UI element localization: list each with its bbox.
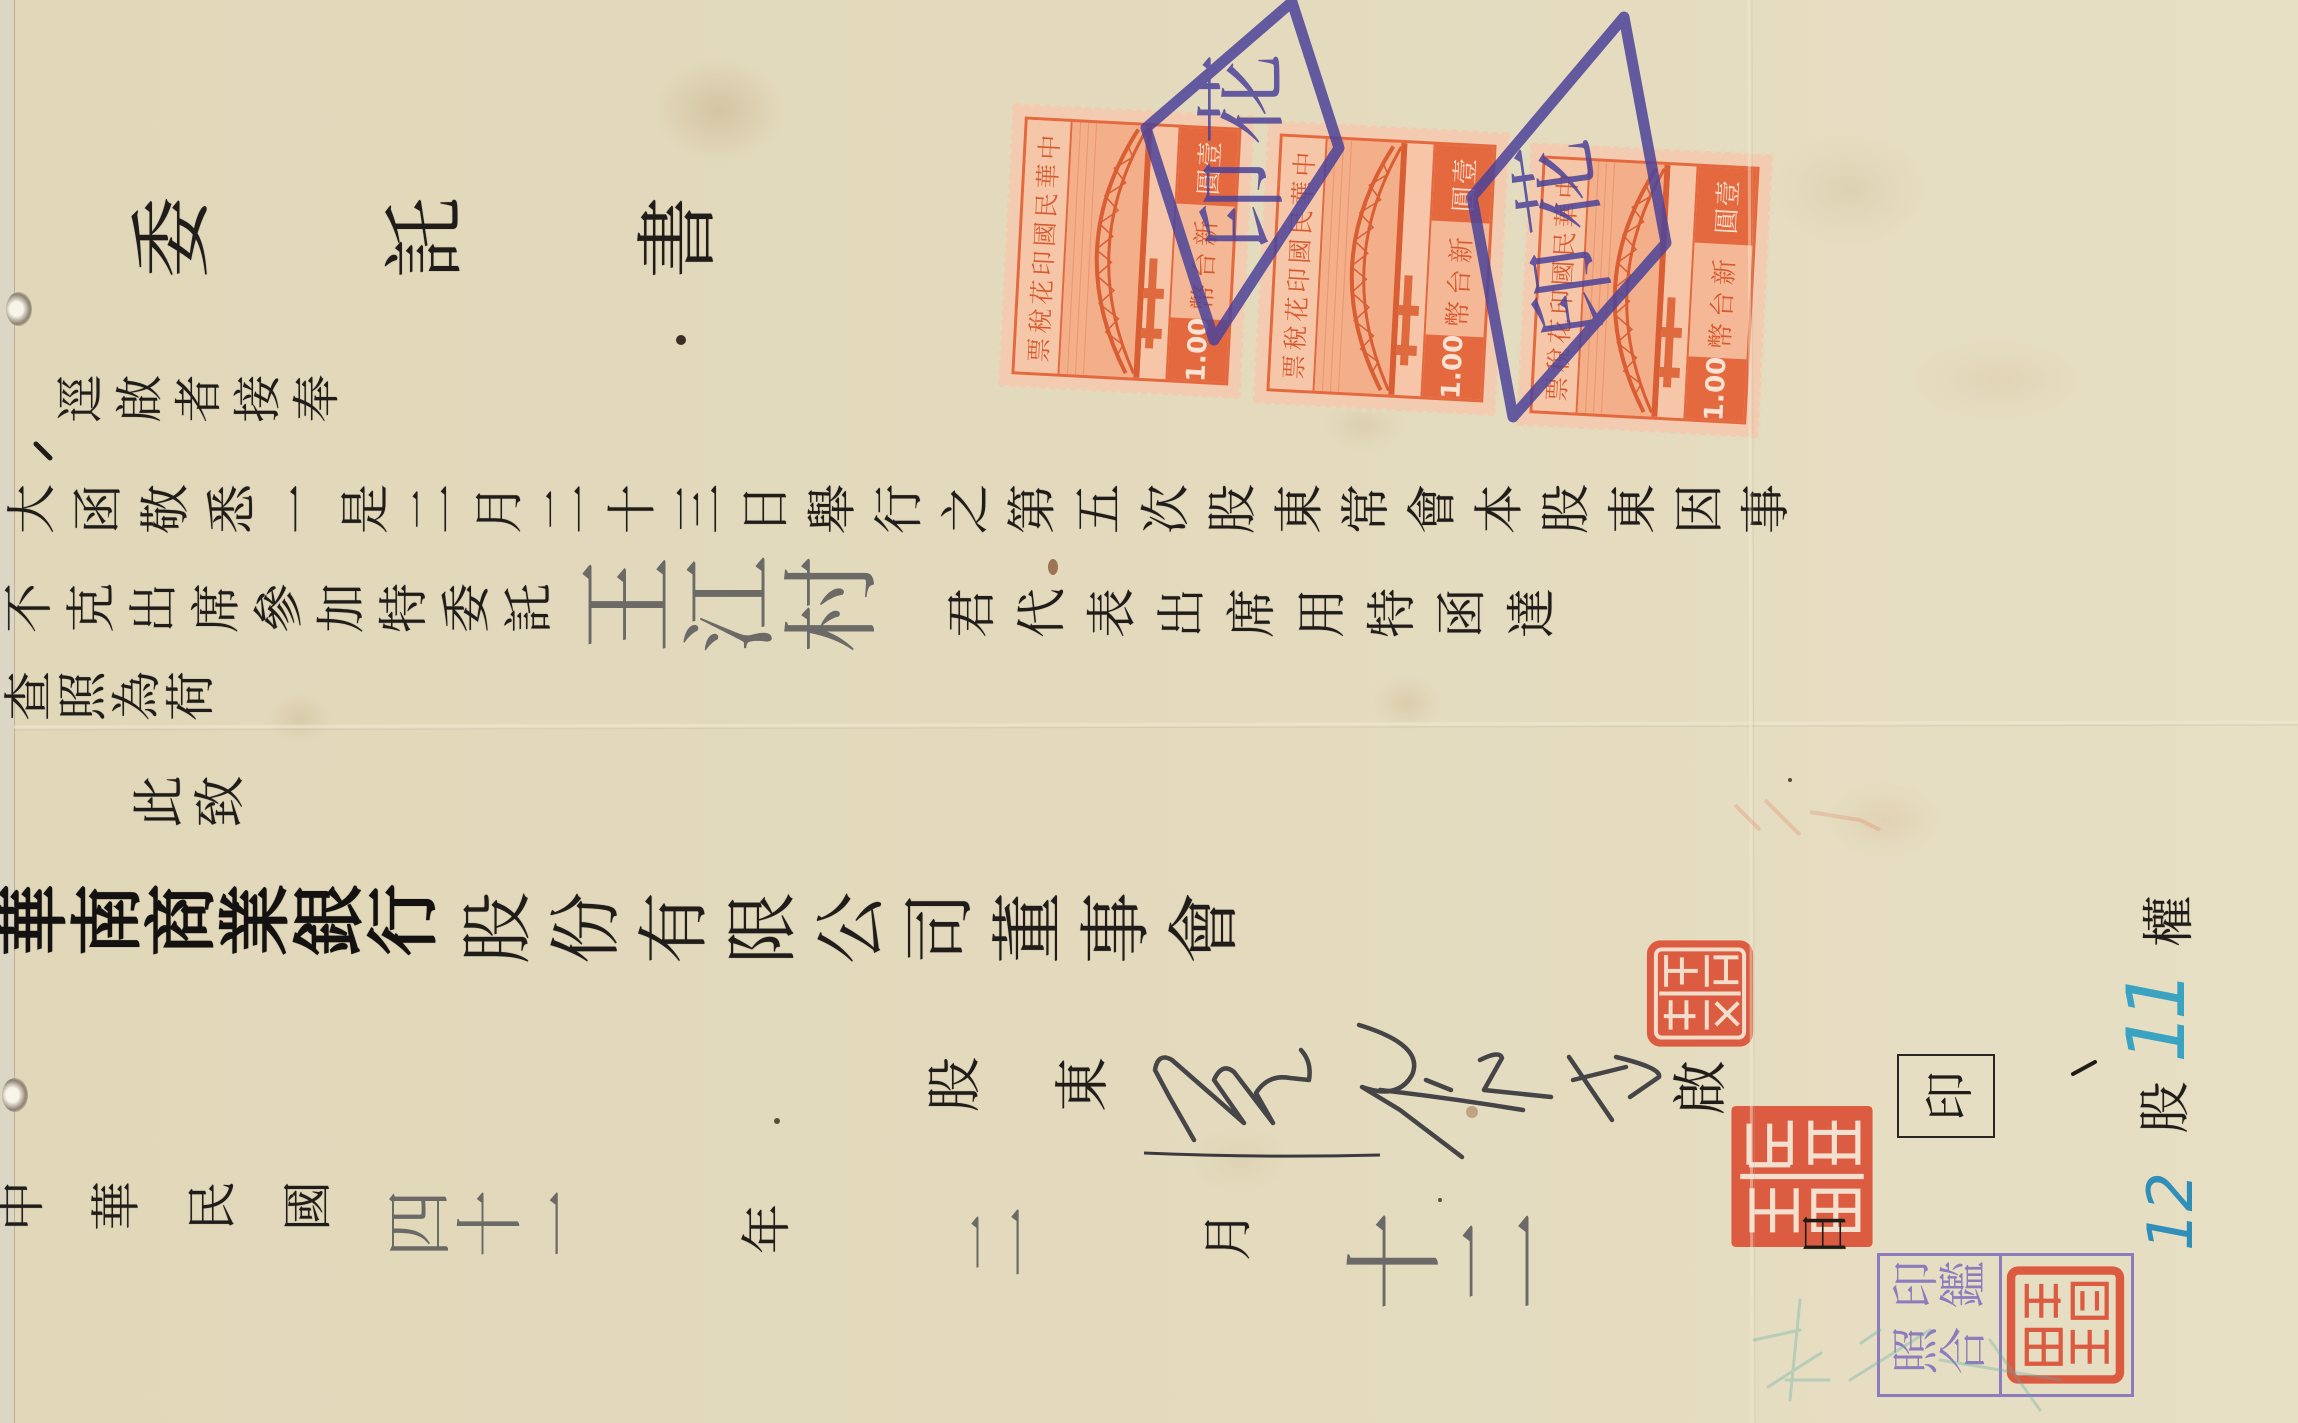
signatory-label: 股東 xyxy=(925,1062,1181,1117)
body-line-3: 查照為荷 xyxy=(2,675,218,725)
document-page: 委託書 逕啟者接奉 大函敬悉一是二月二十三日舉行之第五次股東常會本股東因事 不克… xyxy=(0,0,2298,1423)
rights-unit-label: 權 xyxy=(2141,901,2193,953)
date-year-unit: 年 xyxy=(740,1208,790,1258)
bridge-illustration-icon xyxy=(1059,122,1180,379)
revenue-stamp: 中華民國印花稅票 1.00 xyxy=(1253,120,1511,416)
closing-line: 此致 xyxy=(131,781,253,833)
document-title: 委託書 xyxy=(128,204,887,286)
stamp-denomination: 壹圓 xyxy=(1706,177,1746,235)
stamp-face-value: 1.00 xyxy=(1167,317,1228,382)
stamp-face-value: 1.00 xyxy=(1422,334,1483,399)
date-year-handwritten: 四十一 xyxy=(383,1196,596,1264)
recipient-entity: 股份有限公司董事會 xyxy=(459,898,1255,970)
signatory-suffix: 啟 xyxy=(1671,1065,1726,1120)
seal-box-label: 印 xyxy=(1910,1071,1982,1121)
date-day-handwritten: 十二 xyxy=(1342,1220,1552,1320)
date-day-unit: 日 xyxy=(1798,1213,1848,1263)
stamp-denomination: 壹圓 xyxy=(1443,155,1483,213)
body-line-2-start: 不克出席參加特委託 xyxy=(2,587,565,637)
revenue-stamp: 中華民國印花稅票 1.00 xyxy=(998,103,1256,399)
body-line-1: 大函敬悉一是二月二十三日舉行之第五次股東常會本股東因事 xyxy=(5,488,1806,538)
rights-count-handwritten: 11 xyxy=(2117,977,2197,1063)
stamp-currency: 新台幣 xyxy=(1182,213,1224,311)
shares-count-handwritten: 12 xyxy=(2140,1172,2202,1251)
stamp-denomination: 壹圓 xyxy=(1188,138,1228,196)
date-month-unit: 月 xyxy=(1201,1215,1251,1265)
stamp-currency: 新台幣 xyxy=(1700,252,1742,350)
stamp-header: 中華民國印花稅票 xyxy=(1537,169,1585,403)
date-month-handwritten: 二 xyxy=(960,1212,1032,1284)
opening-line: 逕啟者接奉 xyxy=(55,379,350,427)
seal-icon xyxy=(2005,1263,2126,1387)
seal-verification-stamp: 印鑑照合 xyxy=(1877,1253,2134,1397)
recipient-bank-name: 華南商業銀行 xyxy=(0,890,439,962)
stamp-currency: 新台幣 xyxy=(1437,230,1479,328)
stamp-header: 中華民國印花稅票 xyxy=(1019,130,1067,364)
shares-unit-label: 股 xyxy=(2137,1087,2189,1139)
date-era: 中華民國 xyxy=(0,1185,377,1235)
seal-placeholder-box: 印 xyxy=(1897,1054,1995,1138)
bridge-illustration-icon xyxy=(1314,139,1435,396)
seal-icon xyxy=(1643,937,1757,1050)
personal-seal-small xyxy=(1643,937,1757,1050)
scanned-proxy-letter: 委託書 逕啟者接奉 大函敬悉一是二月二十三日舉行之第五次股東常會本股東因事 不克… xyxy=(0,0,2298,1423)
stamp-face-value: 1.00 xyxy=(1685,356,1746,421)
proxy-name-handwritten: 王江村 xyxy=(576,564,882,662)
revenue-stamp: 中華民國印花稅票 1.00 xyxy=(1516,142,1774,438)
verification-stamp-text: 印鑑照合 xyxy=(1880,1256,2002,1394)
stamp-header: 中華民國印花稅票 xyxy=(1274,147,1322,381)
body-line-2-end: 君代表出席用特函達 xyxy=(945,592,1575,642)
bridge-illustration-icon xyxy=(1577,161,1698,418)
verification-seal xyxy=(2002,1256,2128,1394)
